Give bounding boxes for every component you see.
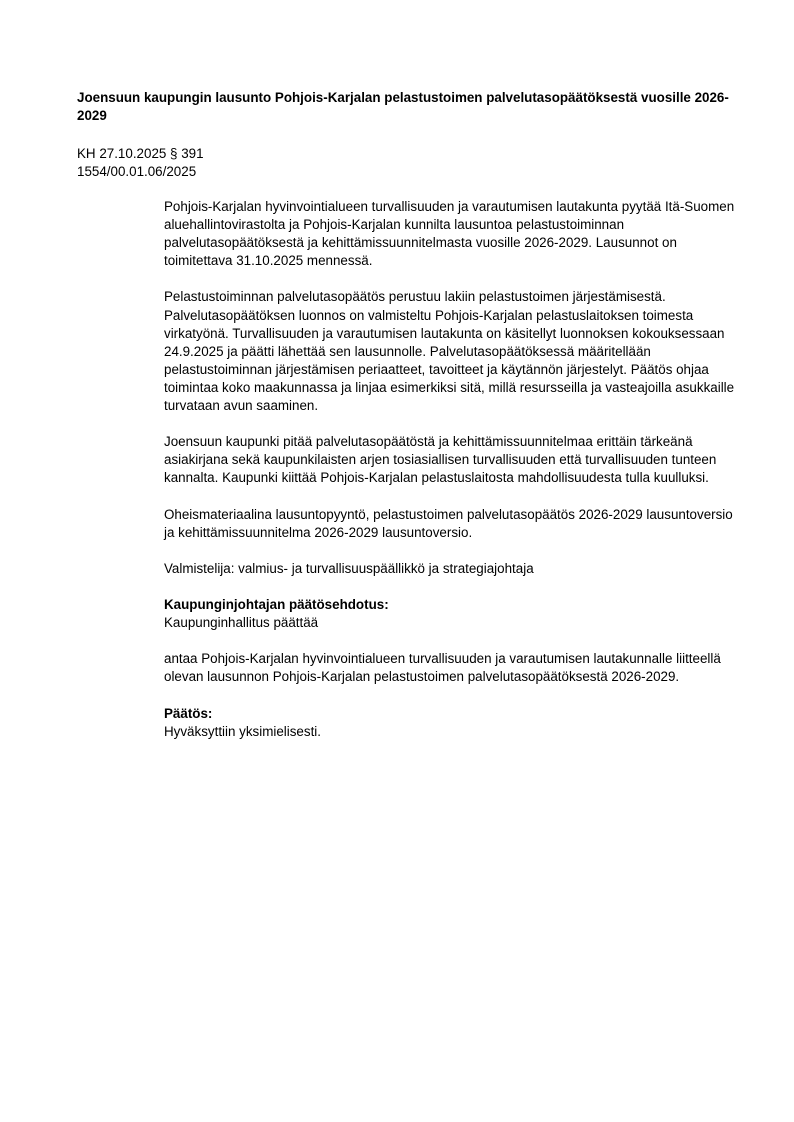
proposal-intro: Kaupunginhallitus päättää [164,614,744,632]
paragraph-background: Pelastustoiminnan palvelutasopäätös peru… [164,288,744,415]
meeting-reference: KH 27.10.2025 § 391 [77,145,204,163]
proposal-text: antaa Pohjois-Karjalan hyvinvointialueen… [164,650,744,686]
proposal-heading: Kaupunginjohtajan päätösehdotus: [164,596,744,614]
paragraph-attachments: Oheismateriaalina lausuntopyyntö, pelast… [164,506,744,542]
document-body: Pohjois-Karjalan hyvinvointialueen turva… [164,198,744,741]
paragraph-preparer: Valmistelija: valmius- ja turvallisuuspä… [164,560,744,578]
paragraph-request: Pohjois-Karjalan hyvinvointialueen turva… [164,198,744,270]
document-page: Joensuun kaupungin lausunto Pohjois-Karj… [0,0,794,1122]
decision-heading: Päätös: [164,705,744,723]
record-number: 1554/00.01.06/2025 [77,163,204,181]
paragraph-statement: Joensuun kaupunki pitää palvelutasopäätö… [164,433,744,487]
document-meta: KH 27.10.2025 § 391 1554/00.01.06/2025 [77,145,204,181]
document-title: Joensuun kaupungin lausunto Pohjois-Karj… [77,89,737,125]
decision-text: Hyväksyttiin yksimielisesti. [164,723,744,741]
